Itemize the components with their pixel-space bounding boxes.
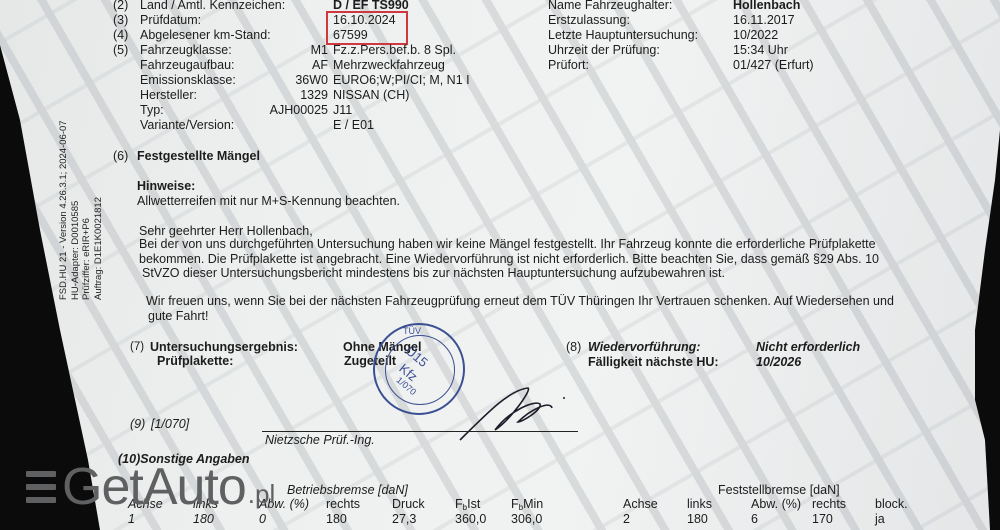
notes-heading: Hinweise: xyxy=(137,179,195,194)
table-cell: 360,0 xyxy=(455,512,486,527)
label-plate: Land / Amtl. Kennzeichen: xyxy=(140,0,285,13)
label-last-inspection: Letzte Hauptuntersuchung: xyxy=(548,28,698,43)
body-type-code: AF xyxy=(260,58,328,73)
next-inspection-label: Fälligkeit nächste HU: xyxy=(588,355,719,370)
table-cell: 0 xyxy=(259,512,266,527)
item-number: (5) xyxy=(113,43,128,58)
table-cell: 170 xyxy=(812,512,833,527)
letter-line: StVZO dieser Untersuchungsbericht mindes… xyxy=(142,266,725,281)
column-header: rechts xyxy=(326,497,360,512)
table-cell: ja xyxy=(875,512,885,527)
letter-line: bekommen. Die Prüfplakette ist angebrach… xyxy=(139,252,879,267)
label-type: Typ: xyxy=(140,103,164,118)
label-inspection-location: Prüfort: xyxy=(548,58,589,73)
label-emission-class: Emissionsklasse: xyxy=(140,73,236,88)
closing-line: gute Fahrt! xyxy=(148,309,208,324)
inspector-name: Nietzsche Prüf.-Ing. xyxy=(265,433,375,448)
highlight-box xyxy=(326,11,408,45)
getauto-logo: GetAuto .pl xyxy=(26,463,275,511)
closing-line: Wir freuen uns, wenn Sie bei der nächste… xyxy=(146,294,894,309)
order-number: Auftrag: D1E1K0021812 xyxy=(93,120,105,300)
type-value: J11 xyxy=(333,103,352,118)
vehicle-class-code: M1 xyxy=(260,43,328,58)
item-number: (2) xyxy=(113,0,128,13)
software-info-vertical: FSD.HU 21 - Version 4.26.3.1; 2024-06-07… xyxy=(58,120,104,300)
logo-text: GetAuto xyxy=(62,463,246,511)
table-cell: 180 xyxy=(326,512,347,527)
variant-value: E / E01 xyxy=(333,118,374,133)
stamp-top-text: TÜV xyxy=(403,326,421,336)
software-version: FSD.HU 21 - Version 4.26.3.1; 2024-06-07 xyxy=(58,120,70,300)
inspection-location-value: 01/427 (Erfurt) xyxy=(733,58,814,73)
letter-line: Bei der von uns durchgeführten Untersuch… xyxy=(139,237,876,252)
first-registration-value: 16.11.2017 xyxy=(733,13,795,28)
reinspection-value: Nicht erforderlich xyxy=(756,340,860,355)
result-label: Untersuchungsergebnis: xyxy=(150,340,298,355)
parking-brake-title: Feststellbremse [daN] xyxy=(718,483,840,498)
next-inspection-value: 10/2026 xyxy=(756,355,801,370)
label-inspection-date: Prüfdatum: xyxy=(140,13,201,28)
table-cell: 27,3 xyxy=(392,512,416,527)
signature-icon xyxy=(440,370,570,450)
hu-adapter: HU-Adapter: D0010585 xyxy=(70,120,82,300)
manufacturer-code: 1329 xyxy=(260,88,328,103)
defects-title: Festgestellte Mängel xyxy=(137,149,260,164)
manufacturer-value: NISSAN (CH) xyxy=(333,88,409,103)
signature-line xyxy=(262,431,578,432)
column-header: Druck xyxy=(392,497,425,512)
logo-tld: .pl xyxy=(248,481,275,507)
label-inspection-time: Uhrzeit der Prüfung: xyxy=(548,43,660,58)
table-cell: 2 xyxy=(623,512,630,527)
table-cell: 6 xyxy=(751,512,758,527)
label-owner: Name Fahrzeughalter: xyxy=(548,0,672,13)
label-first-registration: Erstzulassung: xyxy=(548,13,630,28)
check-digit: Prüfziffer: eRIR+P6 xyxy=(81,120,93,300)
label-mileage: Abgelesener km-Stand: xyxy=(140,28,271,43)
table-cell: 180 xyxy=(687,512,708,527)
notes-text: Allwetterreifen mit nur M+S-Kennung beac… xyxy=(137,194,400,209)
label-variant: Variante/Version: xyxy=(140,118,234,133)
inspector-id: [1/070] xyxy=(151,417,189,432)
emission-class-code: 36W0 xyxy=(260,73,328,88)
item-number: (7) xyxy=(130,340,144,355)
column-header: rechts xyxy=(812,497,846,512)
column-header: Abw. (%) xyxy=(751,497,801,512)
sticker-label: Prüfplakette: xyxy=(157,354,233,369)
owner-value: Hollenbach xyxy=(733,0,800,13)
label-vehicle-class: Fahrzeugklasse: xyxy=(140,43,232,58)
emission-class-value: EURO6;W;PI/CI; M, N1 I xyxy=(333,73,470,88)
item-number: (3) xyxy=(113,13,128,28)
item-number: (8) xyxy=(566,340,581,355)
type-code: AJH00025 xyxy=(240,103,328,118)
last-inspection-value: 10/2022 xyxy=(733,28,778,43)
column-header: links xyxy=(687,497,712,512)
logo-menu-icon xyxy=(26,471,56,503)
reinspection-label: Wiedervorführung: xyxy=(588,340,700,355)
inspection-time-value: 15:34 Uhr xyxy=(733,43,788,58)
column-header: block. xyxy=(875,497,908,512)
item-number: (6) xyxy=(113,149,128,164)
column-header: Achse xyxy=(623,497,658,512)
item-number: (4) xyxy=(113,28,128,43)
item-number: (9) xyxy=(130,417,145,432)
inspection-report-page: FSD.HU 21 - Version 4.26.3.1; 2024-06-07… xyxy=(0,0,1000,530)
service-brake-title: Betriebsbremse [daN] xyxy=(287,483,408,498)
body-type-value: Mehrzweckfahrzeug xyxy=(333,58,445,73)
table-cell: 306,0 xyxy=(511,512,542,527)
label-body-type: Fahrzeugaufbau: xyxy=(140,58,235,73)
vehicle-class-value: Fz.z.Pers.bef.b. 8 Spl. xyxy=(333,43,456,58)
label-manufacturer: Hersteller: xyxy=(140,88,197,103)
